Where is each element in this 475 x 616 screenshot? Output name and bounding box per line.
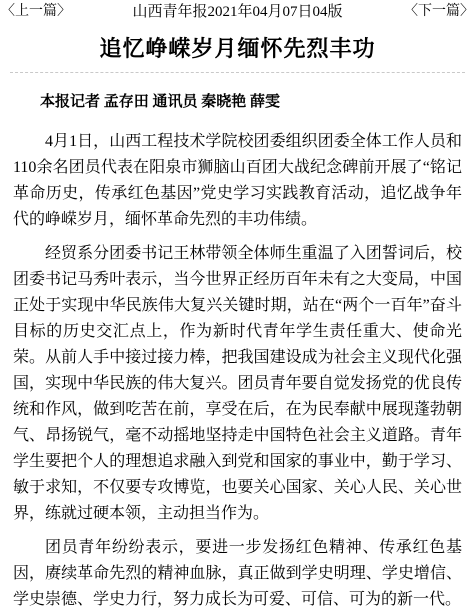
article-title: 追忆峥嵘岁月缅怀先烈丰功 xyxy=(0,36,475,62)
paragraph-2: 经贸系分团委书记王林带领全体师生重温了入团誓词后，校团委书记马秀叶表示，当今世界… xyxy=(13,241,462,527)
next-article-link[interactable]: 〈下一篇〉 xyxy=(404,3,474,21)
byline: 本报记者 孟存田 通讯员 秦晓艳 薛雯 xyxy=(40,93,462,111)
paragraph-3: 团员青年纷纷表示，要进一步发扬红色精神、传承红色基因，赓续革命先烈的精神血脉，真… xyxy=(13,535,462,613)
prev-article-link[interactable]: 〈上一篇〉 xyxy=(1,3,71,21)
divider xyxy=(10,72,465,73)
article-page: 〈上一篇〉 山西青年报2021年04月07日04版 〈下一篇〉 追忆峥嵘岁月缅怀… xyxy=(0,0,475,616)
article-body: 4月1日，山西工程技术学院校团委组织团委全体工作人员和110余名团员代表在阳泉市… xyxy=(13,129,462,613)
publication-info: 山西青年报2021年04月07日04版 xyxy=(132,3,342,21)
paragraph-1: 4月1日，山西工程技术学院校团委组织团委全体工作人员和110余名团员代表在阳泉市… xyxy=(13,129,462,233)
top-nav: 〈上一篇〉 山西青年报2021年04月07日04版 〈下一篇〉 xyxy=(0,0,475,21)
